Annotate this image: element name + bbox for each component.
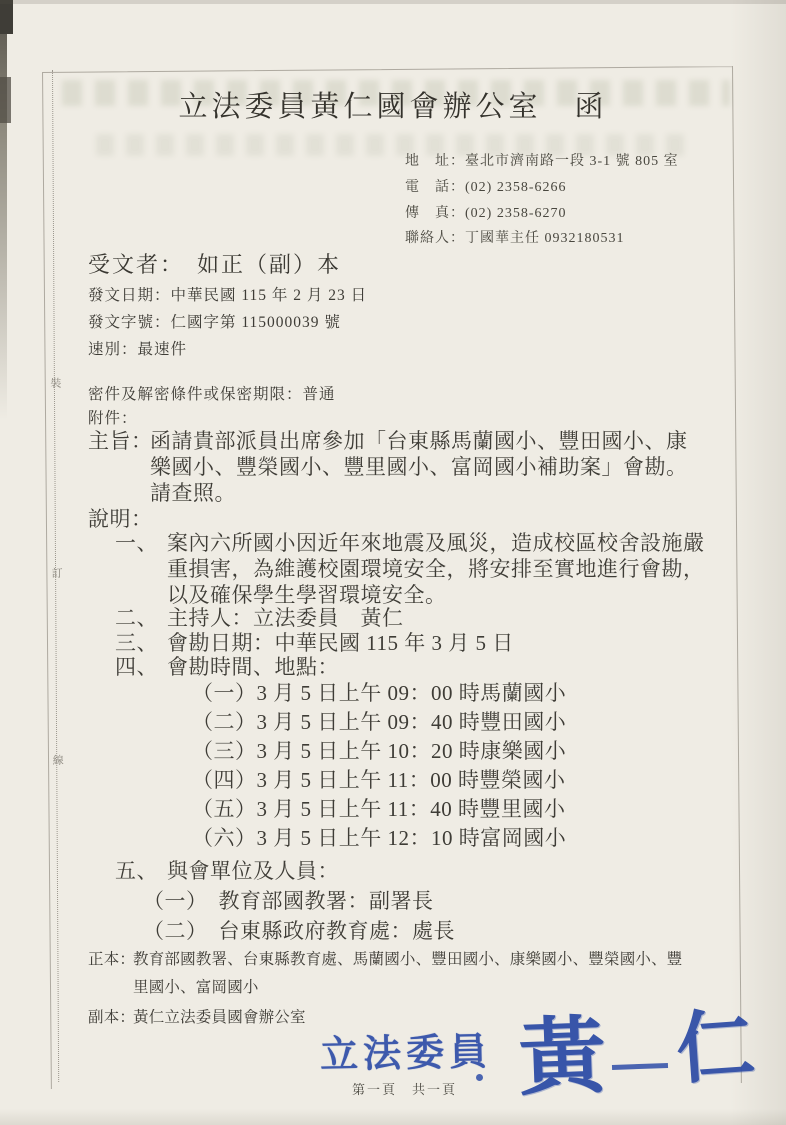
schedule-line-4: （四）3 月 5 日上午 11：00 時豐榮國小 (192, 769, 565, 791)
item5-number: 五、 (115, 860, 158, 882)
schedule-line-1: （一）3 月 5 日上午 09：00 時馬蘭國小 (192, 682, 566, 704)
item3-number: 三、 (115, 632, 158, 654)
item1-line-1: 案內六所國小因近年來地震及風災，造成校區校舍設施嚴 (167, 532, 705, 554)
binding-char-xian: 線 (51, 752, 65, 768)
item1-line-3: 以及確保學生學習環境安全。 (167, 584, 447, 606)
item4-text: 會勘時間、地點： (167, 656, 339, 678)
attachment-label: 附件： (88, 411, 138, 427)
scanned-official-letter: 裝 訂 線 立法委員黃仁國會辦公室 函 地 址：臺北市濟南路一段 3-1 號 8… (0, 0, 786, 1125)
binding-char-zhuang: 裝 (49, 375, 63, 391)
attendee-line-1: （一） 教育部國教署：副署長 (143, 890, 434, 912)
schedule-line-3: （三）3 月 5 日上午 10：20 時康樂國小 (192, 740, 566, 762)
item2-number: 二、 (115, 607, 158, 629)
attendee-line-2: （二） 台東縣政府教育處：處長 (143, 920, 455, 942)
item3-text: 會勘日期：中華民國 115 年 3 月 5 日 (167, 632, 514, 654)
contact-person-line: 聯絡人：丁國華主任 0932180531 (405, 232, 625, 247)
item1-number: 一、 (115, 532, 158, 554)
recipient-line: 受文者： 如正（副）本 (88, 253, 341, 276)
cc-copy-text: 黃仁立法委員國會辦公室 (133, 1010, 306, 1026)
subject-line-1: 函請貴部派員出席參加「台東縣馬蘭國小、豐田國小、康 (150, 430, 688, 452)
schedule-line-5: （五）3 月 5 日上午 11：40 時豐里國小 (192, 798, 565, 820)
contact-fax-line: 傳 真：(02) 2358-6270 (405, 207, 567, 222)
explanation-heading: 說明： (88, 508, 153, 530)
original-copy-line-1: 教育部國教署、台東縣教育處、馬蘭國小、豐田國小、康樂國小、豐榮國小、豐 (133, 952, 683, 968)
photo-left-edge-shadow (0, 0, 7, 420)
issue-date-line: 發文日期：中華民國 115 年 2 月 23 日 (88, 288, 367, 304)
photo-bottom-edge-shadow (0, 1109, 786, 1125)
subject-line-3: 請查照。 (150, 482, 236, 504)
binding-char-ding: 訂 (50, 565, 64, 581)
security-classification-line: 密件及解密條件或保密期限：普通 (88, 387, 336, 403)
contact-phone-line: 電 話：(02) 2358-6266 (405, 181, 567, 196)
item4-number: 四、 (115, 656, 158, 678)
priority-line: 速別：最速件 (88, 342, 187, 358)
subject-label: 主旨： (88, 430, 153, 452)
schedule-line-6: （六）3 月 5 日上午 12：10 時富岡國小 (192, 827, 566, 849)
page-number-footer: 第一頁 共一頁 (352, 1083, 457, 1097)
schedule-line-2: （二）3 月 5 日上午 09：40 時豐田國小 (192, 711, 566, 733)
original-copy-label: 正本： (88, 952, 135, 968)
item5-text: 與會單位及人員： (167, 860, 339, 882)
photo-top-edge-shadow (0, 0, 786, 4)
reference-number-line: 發文字號：仁國字第 115000039 號 (88, 315, 341, 331)
letter-title: 立法委員黃仁國會辦公室 函 (0, 92, 786, 122)
item1-line-2: 重損害，為維護校園環境安全，將安排至實地進行會勘， (167, 558, 705, 580)
cc-copy-label: 副本： (88, 1010, 135, 1026)
photo-corner-shadow (0, 0, 13, 34)
item2-text: 主持人：立法委員 黃仁 (167, 607, 404, 629)
contact-address-line: 地 址：臺北市濟南路一段 3-1 號 805 室 (405, 155, 679, 170)
original-copy-line-2: 里國小、富岡國小 (133, 980, 259, 996)
subject-line-2: 樂國小、豐榮國小、豐里國小、富岡國小補助案」會勘。 (150, 456, 688, 478)
